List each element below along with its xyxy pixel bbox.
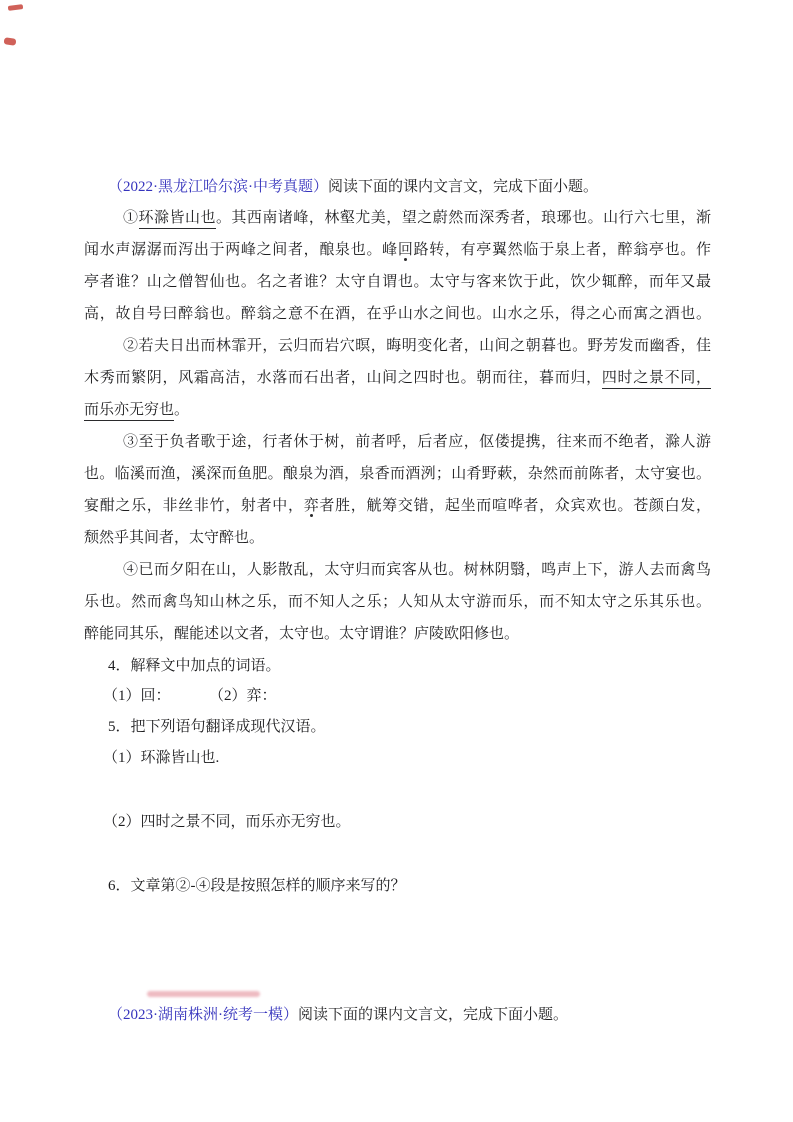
passage-line-2: 闻水声潺潺而泻出于两峰之间者，酿泉也。峰回路转，有亭翼然临于泉上者，醉翁亭也。作 bbox=[84, 234, 711, 266]
question-4-blanks-part-1: （1）回： bbox=[103, 688, 171, 704]
passage-line-3: 亭者谁？山之僧智仙也。名之者谁？太守自谓也。太守与客来饮于此，饮少辄醉，而年又最 bbox=[84, 266, 711, 298]
reading-prompt: 阅读下面的课内文言文，完成下面小题。 bbox=[328, 179, 598, 195]
question-4-blanks-part-2: （2）弈： bbox=[217, 688, 277, 704]
question-5-item-1-line: （1）环滁皆山也. bbox=[84, 742, 711, 774]
passage-line-8: ③至于负者歌于途，行者休于树，前者呼，后者应，伛偻提携，往来而不绝者，滁人游 bbox=[84, 426, 711, 458]
passage-line-11: 颓然乎其间者，太守醉也。 bbox=[84, 522, 711, 554]
pink-scan-artifact bbox=[147, 991, 260, 997]
document-page: （2022·黑龙江哈尔滨·中考真题）阅读下面的课内文言文，完成下面小题。 （20… bbox=[0, 0, 793, 1122]
question-4-blanks-line: （1）回：（2）弈： bbox=[84, 680, 711, 712]
question-6-line: 6．文章第②-④段是按照怎样的顺序来写的？ bbox=[84, 870, 711, 902]
dotted-char: 弈 bbox=[304, 490, 319, 522]
passage-line-10: 宴酣之乐，非丝非竹，射者中，弈者胜，觥筹交错，起坐而喧哗者，众宾欢也。苍颜白发， bbox=[84, 490, 711, 522]
reading-prompt: 阅读下面的课内文言文，完成下面小题。 bbox=[298, 1007, 568, 1023]
red-pen-mark bbox=[8, 4, 23, 11]
section2-header-line: （2023·湖南株洲·统考一模）阅读下面的课内文言文，完成下面小题。 bbox=[84, 999, 711, 1031]
passage-line-4: 高，故自号曰醉翁也。醉翁之意不在酒，在乎山水之间也。山水之乐，得之心而寓之酒也。 bbox=[84, 298, 711, 330]
citation-source-2023: （2023·湖南株洲·统考一模） bbox=[108, 1007, 298, 1023]
question-4-line: 4．解释文中加点的词语。 bbox=[84, 650, 711, 682]
passage-line-14: 醉能同其乐，醒能述以文者，太守也。太守谓谁？庐陵欧阳修也。 bbox=[84, 618, 711, 650]
section1-header-line: （2022·黑龙江哈尔滨·中考真题）阅读下面的课内文言文，完成下面小题。 bbox=[84, 171, 711, 203]
red-pen-mark bbox=[4, 37, 17, 46]
question-5-item-2-line: （2）四时之景不同，而乐亦无穷也。 bbox=[84, 806, 711, 838]
passage-line-5: ②若夫日出而林霏开，云归而岩穴暝，晦明变化者，山间之朝暮也。野芳发而幽香，佳 bbox=[84, 330, 711, 362]
citation-source-2022: （2022·黑龙江哈尔滨·中考真题） bbox=[108, 179, 328, 195]
passage-line-1: ①环滁皆山也。其西南诸峰，林壑尤美，望之蔚然而深秀者，琅琊也。山行六七里，渐 bbox=[84, 202, 711, 234]
passage-line-9: 也。临溪而渔，溪深而鱼肥。酿泉为酒，泉香而酒洌；山肴野蔌，杂然而前陈者，太守宴也… bbox=[84, 458, 711, 490]
passage-line-13: 乐也。然而禽鸟知山林之乐，而不知人之乐；人知从太守游而乐，而不知太守之乐其乐也。 bbox=[84, 586, 711, 618]
passage-line-6: 木秀而繁阴，风霜高洁，水落而石出者，山间之四时也。朝而往，暮而归，四时之景不同， bbox=[84, 362, 711, 394]
passage-line-12: ④已而夕阳在山，人影散乱，太守归而宾客从也。树林阴翳，鸣声上下，游人去而禽鸟 bbox=[84, 554, 711, 586]
dotted-char: 回 bbox=[398, 234, 413, 266]
passage-line-7: 而乐亦无穷也。 bbox=[84, 394, 711, 426]
question-5-line: 5．把下列语句翻译成现代汉语。 bbox=[84, 711, 711, 743]
